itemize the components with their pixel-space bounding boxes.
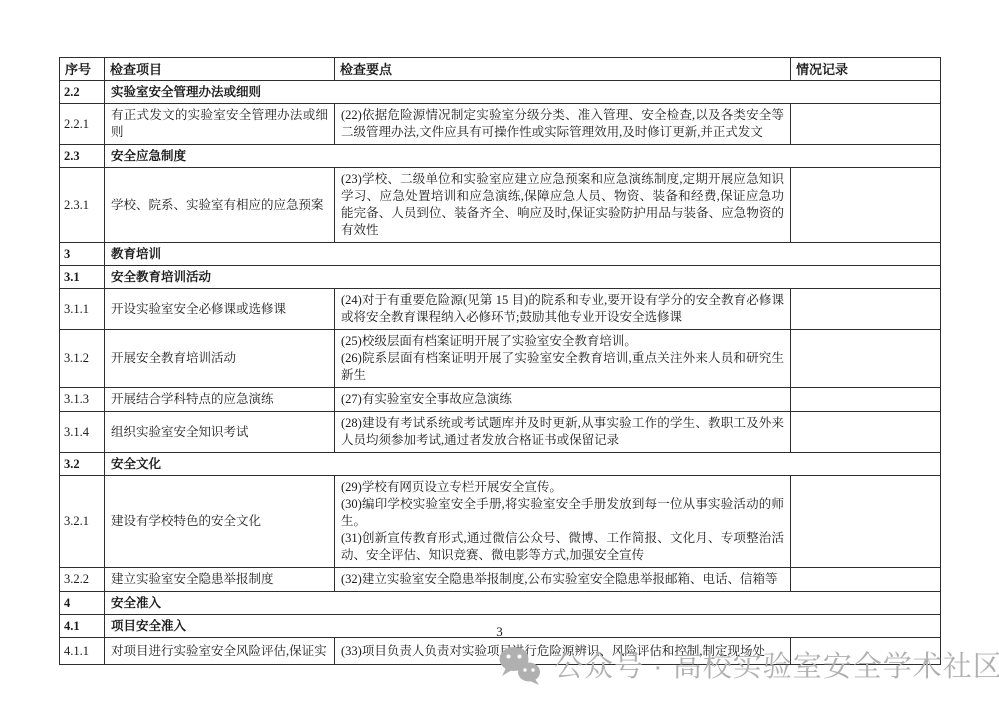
header-check-item: 检查项目: [105, 58, 335, 81]
row-seq-no: 3.1.2: [60, 330, 105, 388]
record-cell: [791, 330, 941, 388]
check-point: (31)创新宣传教育形式,通过微信公众号、微博、工作简报、文化月、专项整治活动、…: [341, 530, 784, 564]
check-item-cell: 开设实验室安全必修课或选修课: [105, 289, 335, 330]
check-points-cell: (29)学校有网页设立专栏开展安全宣传。(30)编印学校实验室安全手册,将实验室…: [335, 476, 791, 568]
safety-checklist-table: 序号 检查项目 检查要点 情况记录 2.2实验室安全管理办法或细则2.2.1有正…: [59, 57, 941, 665]
row-seq-no: 3.1.1: [60, 289, 105, 330]
row-seq-no: 3: [60, 243, 105, 266]
record-cell: [791, 568, 941, 592]
row-seq-no: 3.2: [60, 453, 105, 476]
row-seq-no: 2.2: [60, 81, 105, 104]
row-seq-no: 2.3: [60, 145, 105, 168]
item-row: 3.2.1建设有学校特色的安全文化(29)学校有网页设立专栏开展安全宣传。(30…: [60, 476, 941, 568]
item-row: 2.3.1学校、院系、实验室有相应的应急预案(23)学校、二级单位和实验室应建立…: [60, 168, 941, 243]
record-cell: [791, 412, 941, 453]
section-title: 实验室安全管理办法或细则: [105, 81, 941, 104]
row-seq-no: 3.2.1: [60, 476, 105, 568]
row-seq-no: 4.1.1: [60, 638, 105, 665]
row-seq-no: 3.1.4: [60, 412, 105, 453]
row-seq-no: 2.3.1: [60, 168, 105, 243]
check-point: (24)对于有重要危险源(见第 15 目)的院系和专业,要开设有学分的安全教育必…: [341, 292, 784, 326]
section-row: 4安全准入: [60, 592, 941, 615]
check-point: (29)学校有网页设立专栏开展安全宣传。: [341, 479, 784, 496]
section-title: 安全准入: [105, 592, 941, 615]
wechat-icon: [498, 645, 542, 685]
page-number: 3: [0, 624, 999, 640]
check-item-cell: 建立实验室安全隐患举报制度: [105, 568, 335, 592]
check-item-cell: 建设有学校特色的安全文化: [105, 476, 335, 568]
check-points-cell: (23)学校、二级单位和实验室应建立应急预案和应急演练制度,定期开展应急知识学习…: [335, 168, 791, 243]
section-row: 3教育培训: [60, 243, 941, 266]
check-point: (28)建设有考试系统或考试题库并及时更新,从事实验工作的学生、教职工及外来人员…: [341, 415, 784, 449]
section-title: 教育培训: [105, 243, 941, 266]
check-points-cell: (28)建设有考试系统或考试题库并及时更新,从事实验工作的学生、教职工及外来人员…: [335, 412, 791, 453]
row-seq-no: 3.1.3: [60, 388, 105, 412]
check-points-cell: (22)依据危险源情况制定实验室分级分类、准入管理、安全检查,以及各类安全等二级…: [335, 104, 791, 145]
table-body: 2.2实验室安全管理办法或细则2.2.1有正式发文的实验室安全管理办法或细则(2…: [60, 81, 941, 665]
check-points-cell: (32)建立实验室安全隐患举报制度,公布实验室安全隐患举报邮箱、电话、信箱等: [335, 568, 791, 592]
item-row: 3.1.4组织实验室安全知识考试(28)建设有考试系统或考试题库并及时更新,从事…: [60, 412, 941, 453]
check-point: (23)学校、二级单位和实验室应建立应急预案和应急演练制度,定期开展应急知识学习…: [341, 171, 784, 239]
section-title: 安全应急制度: [105, 145, 941, 168]
record-cell: [791, 289, 941, 330]
check-points-cell: (24)对于有重要危险源(见第 15 目)的院系和专业,要开设有学分的安全教育必…: [335, 289, 791, 330]
section-title: 安全文化: [105, 453, 941, 476]
section-title: 安全教育培训活动: [105, 266, 941, 289]
section-row: 2.2实验室安全管理办法或细则: [60, 81, 941, 104]
item-row: 3.1.3开展结合学科特点的应急演练(27)有实验室安全事故应急演练: [60, 388, 941, 412]
row-seq-no: 2.2.1: [60, 104, 105, 145]
record-cell: [791, 104, 941, 145]
item-row: 3.1.2开展安全教育培训活动(25)校级层面有档案证明开展了实验室安全教育培训…: [60, 330, 941, 388]
check-item-cell: 有正式发文的实验室安全管理办法或细则: [105, 104, 335, 145]
section-row: 2.3安全应急制度: [60, 145, 941, 168]
row-seq-no: 4: [60, 592, 105, 615]
record-cell: [791, 476, 941, 568]
check-point: (25)校级层面有档案证明开展了实验室安全教育培训。: [341, 333, 784, 350]
check-item-cell: 开展结合学科特点的应急演练: [105, 388, 335, 412]
row-seq-no: 3.2.2: [60, 568, 105, 592]
record-cell: [791, 388, 941, 412]
record-cell: [791, 168, 941, 243]
check-points-cell: (25)校级层面有档案证明开展了实验室安全教育培训。(26)院系层面有档案证明开…: [335, 330, 791, 388]
section-row: 3.2安全文化: [60, 453, 941, 476]
item-row: 3.1.1开设实验室安全必修课或选修课(24)对于有重要危险源(见第 15 目)…: [60, 289, 941, 330]
check-item-cell: 学校、院系、实验室有相应的应急预案: [105, 168, 335, 243]
check-item-cell: 组织实验室安全知识考试: [105, 412, 335, 453]
watermark: 公众号 · 高校实验室安全学术社区: [498, 644, 999, 685]
header-check-points: 检查要点: [335, 58, 791, 81]
item-row: 2.2.1有正式发文的实验室安全管理办法或细则(22)依据危险源情况制定实验室分…: [60, 104, 941, 145]
header-record: 情况记录: [791, 58, 941, 81]
document-page: 序号 检查项目 检查要点 情况记录 2.2实验室安全管理办法或细则2.2.1有正…: [0, 0, 999, 707]
header-seq-no: 序号: [60, 58, 105, 81]
check-points-cell: (27)有实验室安全事故应急演练: [335, 388, 791, 412]
check-point: (32)建立实验室安全隐患举报制度,公布实验室安全隐患举报邮箱、电话、信箱等: [341, 571, 784, 588]
watermark-text: 公众号 · 高校实验室安全学术社区: [554, 644, 999, 685]
header-row: 序号 检查项目 检查要点 情况记录: [60, 58, 941, 81]
section-row: 3.1安全教育培训活动: [60, 266, 941, 289]
check-item-cell: 对项目进行实验室安全风险评估,保证实: [105, 638, 335, 665]
check-point: (30)编印学校实验室安全手册,将实验室安全手册发放到每一位从事实验活动的师生。: [341, 496, 784, 530]
check-point: (27)有实验室安全事故应急演练: [341, 391, 784, 408]
check-point: (22)依据危险源情况制定实验室分级分类、准入管理、安全检查,以及各类安全等二级…: [341, 107, 784, 141]
item-row: 3.2.2建立实验室安全隐患举报制度(32)建立实验室安全隐患举报制度,公布实验…: [60, 568, 941, 592]
check-point: (26)院系层面有档案证明开展了实验室安全教育培训,重点关注外来人员和研究生新生: [341, 350, 784, 384]
check-item-cell: 开展安全教育培训活动: [105, 330, 335, 388]
row-seq-no: 3.1: [60, 266, 105, 289]
